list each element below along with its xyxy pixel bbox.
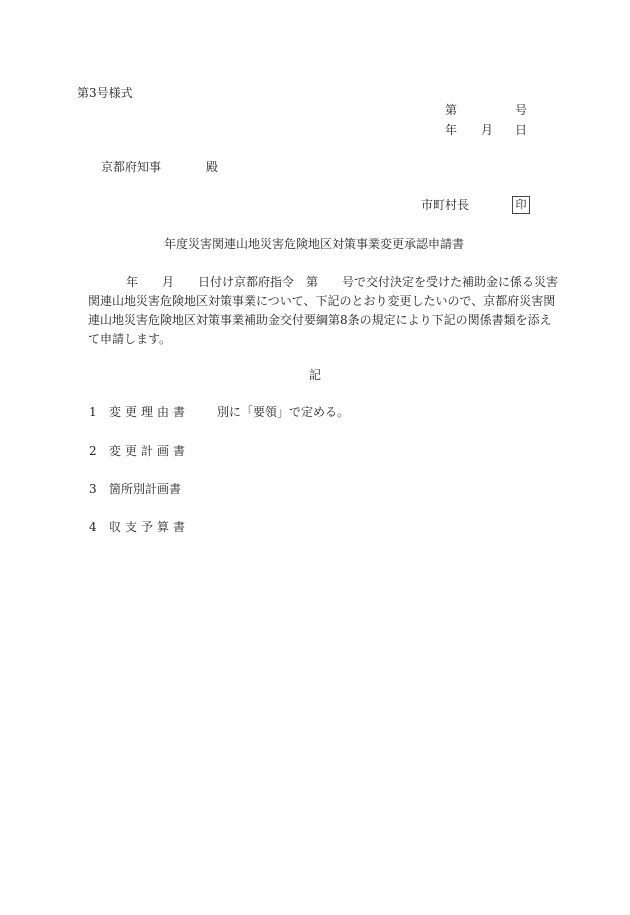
body-line-4: て申請します。 — [88, 330, 550, 349]
body-line-1: 年月日付け京都府指令 第号で交付決定を受けた補助金に係る災害 — [88, 273, 550, 292]
body-text-a: 日付け京都府指令 第 — [198, 275, 318, 289]
item-number: 2 — [89, 445, 109, 457]
seal-stamp-icon: 印 — [512, 196, 530, 214]
form-number: 第3号様式 — [77, 87, 133, 99]
item-number: 4 — [89, 521, 109, 533]
date-year-label: 年 — [445, 124, 457, 136]
item-number: 1 — [89, 406, 109, 418]
ki-heading: 記 — [309, 369, 321, 381]
doc-number-suffix: 号 — [515, 104, 527, 116]
list-item: 2変更計画書 — [89, 445, 189, 457]
body-month-label: 月 — [162, 275, 174, 289]
item-label: 変更計画書 — [109, 445, 189, 457]
body-paragraph: 年月日付け京都府指令 第号で交付決定を受けた補助金に係る災害 関連山地災害危険地… — [88, 273, 550, 349]
date-month-label: 月 — [481, 124, 493, 136]
body-text-b: 号で交付決定を受けた補助金に係る災害 — [342, 275, 558, 289]
body-line-2: 関連山地災害危険地区対策事業について、下記のとおり変更したいので、京都府災害関 — [88, 292, 550, 311]
item-label: 変更理由書 — [109, 406, 189, 418]
item-note: 別に「要領」で定める。 — [217, 406, 349, 418]
addressee-name: 京都府知事 — [101, 161, 161, 173]
document-title: 年度災害関連山地災害危険地区対策事業変更承認申請書 — [164, 238, 464, 250]
doc-number-prefix: 第 — [445, 104, 457, 116]
list-item: 3箇所別計画書 — [89, 483, 181, 495]
body-line-3: 連山地災害危険地区対策事業補助金交付要綱第8条の規定により下記の関係書類を添え — [88, 311, 550, 330]
date-day-label: 日 — [515, 124, 527, 136]
list-item: 1変更理由書別に「要領」で定める。 — [89, 406, 349, 418]
applicant-title: 市町村長 — [421, 199, 469, 211]
list-item: 4収支予算書 — [89, 521, 189, 533]
addressee-honorific: 殿 — [206, 161, 218, 173]
item-label: 箇所別計画書 — [109, 483, 181, 495]
item-number: 3 — [89, 483, 109, 495]
item-label: 収支予算書 — [109, 521, 189, 533]
body-year-label: 年 — [126, 275, 138, 289]
